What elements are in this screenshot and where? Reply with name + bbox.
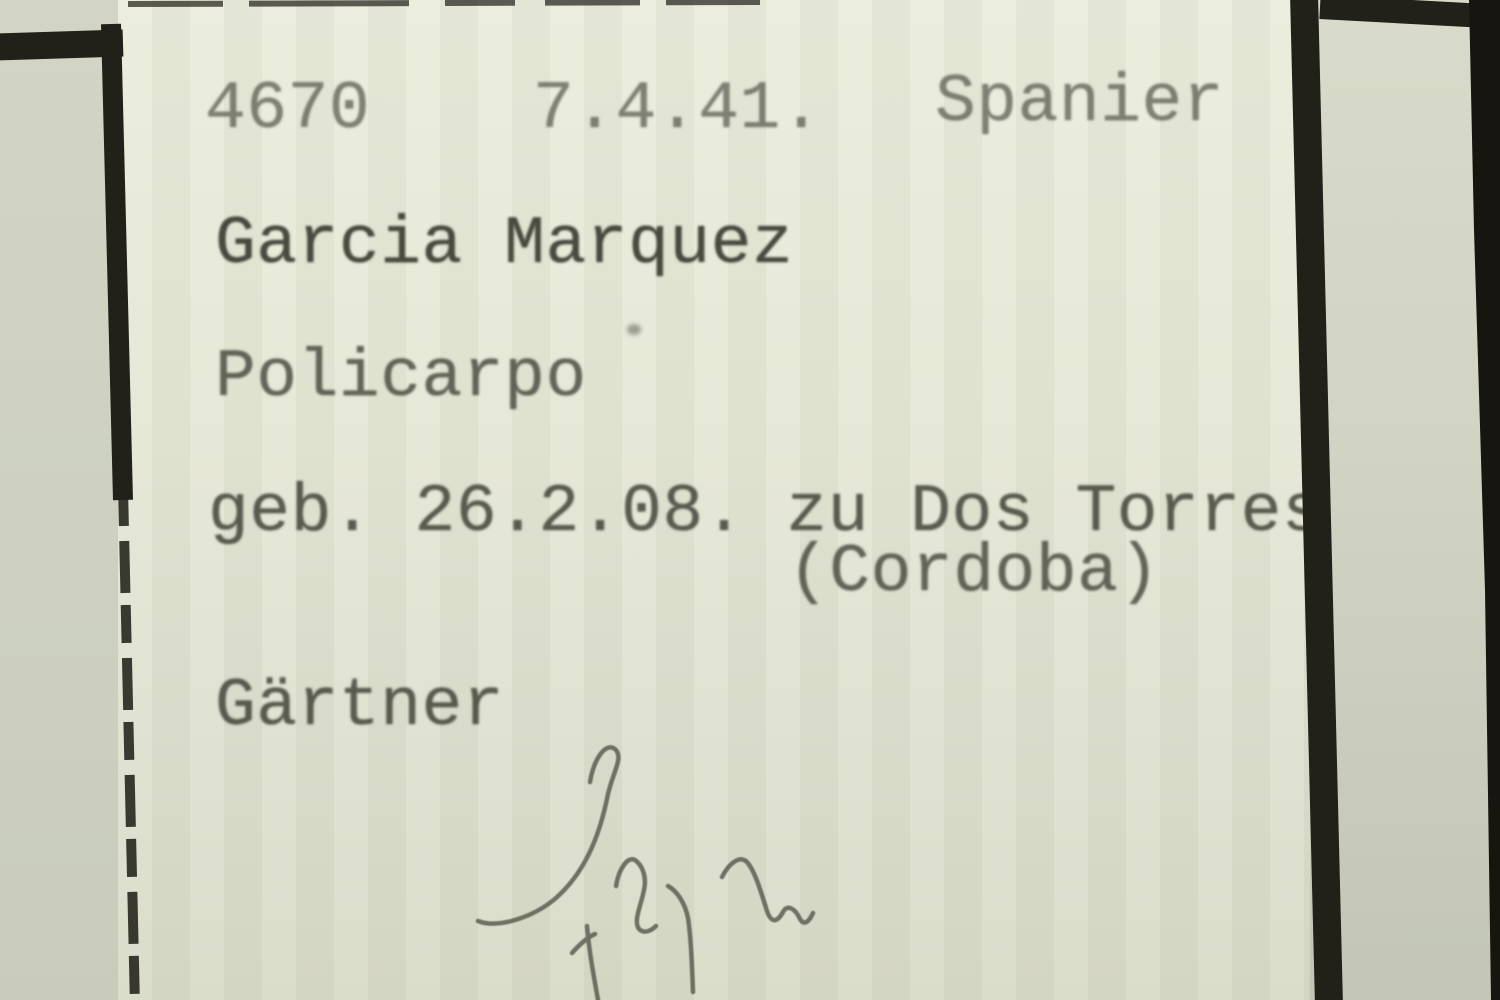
ink-smudge (627, 324, 641, 335)
surname-text: Garcia Marquez (215, 208, 793, 283)
birth-place-continued-text: (Cordoba) (788, 536, 1160, 611)
adjacent-card-left-edge (0, 0, 118, 1000)
occupation-text: Gärtner (215, 670, 504, 745)
first-name-text: Policarpo (215, 341, 587, 416)
record-date: 7.4.41. (533, 73, 822, 148)
prisoner-number: 4670 (205, 73, 370, 148)
scanned-index-card-photo: 4670 7.4.41. Spanier Garcia Marquez Poli… (0, 0, 1500, 1000)
nationality-label: Spanier (935, 66, 1224, 141)
adjacent-card-right-edge (1310, 0, 1500, 1000)
